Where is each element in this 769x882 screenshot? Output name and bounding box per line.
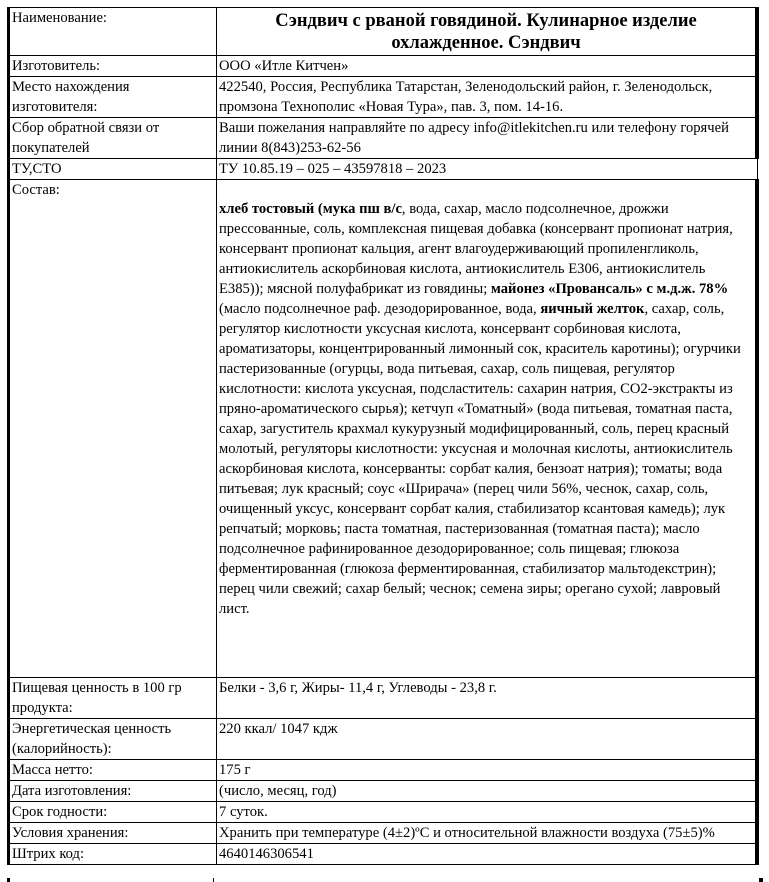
right-border <box>759 878 763 882</box>
label-shelf-life: Срок годности: <box>9 802 217 823</box>
label-standard: ТУ,СТО <box>9 159 217 180</box>
row-feedback: Сбор обратной связи от покупателей Ваши … <box>9 118 758 159</box>
product-title: Сэндвич с рваной говядиной. Кулинарное и… <box>217 8 758 56</box>
value-nutrition: Белки - 3,6 г, Жиры- 11,4 г, Углеводы - … <box>217 678 758 719</box>
value-storage: Хранить при температуре (4±2)ºС и относи… <box>217 823 758 844</box>
value-shelf-life: 7 суток. <box>217 802 758 823</box>
row-shelf-life: Срок годности: 7 суток. <box>9 802 758 823</box>
value-standard: ТУ 10.85.19 – 025 – 43597818 – 2023 <box>217 159 758 180</box>
value-manufacturer: ООО «Итле Китчен» <box>217 56 758 77</box>
value-location: 422540, Россия, Республика Татарстан, Зе… <box>217 77 758 118</box>
row-nutrition: Пищевая ценность в 100 гр продукта: Белк… <box>9 678 758 719</box>
label-name: Наименование: <box>9 8 217 56</box>
composition-highlight: яичный желток <box>540 301 644 317</box>
value-barcode: 4640146306541 <box>217 844 758 865</box>
row-barcode: Штрих код: 4640146306541 <box>9 844 758 865</box>
value-energy: 220 ккал/ 1047 кдж <box>217 719 758 760</box>
label-manufacturer: Изготовитель: <box>9 56 217 77</box>
label-location: Место нахождения изготовителя: <box>9 77 217 118</box>
composition-segment: (масло подсолнечное раф. дезодорированно… <box>219 301 540 317</box>
label-manufacture-date: Дата изготовления: <box>9 781 217 802</box>
product-label-sheet: Наименование: Сэндвич с рваной говядиной… <box>7 7 759 865</box>
value-net-weight: 175 г <box>217 760 758 781</box>
row-net-weight: Масса нетто: 175 г <box>9 760 758 781</box>
table-continuation-edge <box>7 878 759 882</box>
row-energy: Энергетическая ценность (калорийность): … <box>9 719 758 760</box>
label-storage: Условия хранения: <box>9 823 217 844</box>
label-nutrition: Пищевая ценность в 100 гр продукта: <box>9 678 217 719</box>
composition-text: хлеб тостовый (мука пш в/с, вода, сахар,… <box>219 180 753 619</box>
row-location: Место нахождения изготовителя: 422540, Р… <box>9 77 758 118</box>
row-storage: Условия хранения: Хранить при температур… <box>9 823 758 844</box>
row-standard: ТУ,СТО ТУ 10.85.19 – 025 – 43597818 – 20… <box>9 159 758 180</box>
label-energy: Энергетическая ценность (калорийность): <box>9 719 217 760</box>
composition-segment: , сахар, соль, регулятор кислотности укс… <box>219 301 741 617</box>
value-manufacture-date: (число, месяц, год) <box>217 781 758 802</box>
row-manufacturer: Изготовитель: ООО «Итле Китчен» <box>9 56 758 77</box>
label-feedback: Сбор обратной связи от покупателей <box>9 118 217 159</box>
value-feedback: Ваши пожелания направляйте по адресу inf… <box>217 118 758 159</box>
column-divider <box>213 878 214 882</box>
composition-highlight: хлеб тостовый (мука пш в/с <box>219 201 402 217</box>
composition-highlight: майонез «Провансаль» с м.д.ж. 78% <box>491 281 728 297</box>
label-composition: Состав: <box>9 180 217 678</box>
value-composition: хлеб тостовый (мука пш в/с, вода, сахар,… <box>217 180 758 678</box>
row-name: Наименование: Сэндвич с рваной говядиной… <box>9 8 758 56</box>
row-composition: Состав: хлеб тостовый (мука пш в/с, вода… <box>9 180 758 678</box>
label-barcode: Штрих код: <box>9 844 217 865</box>
row-manufacture-date: Дата изготовления: (число, месяц, год) <box>9 781 758 802</box>
product-spec-table: Наименование: Сэндвич с рваной говядиной… <box>7 7 759 865</box>
label-net-weight: Масса нетто: <box>9 760 217 781</box>
